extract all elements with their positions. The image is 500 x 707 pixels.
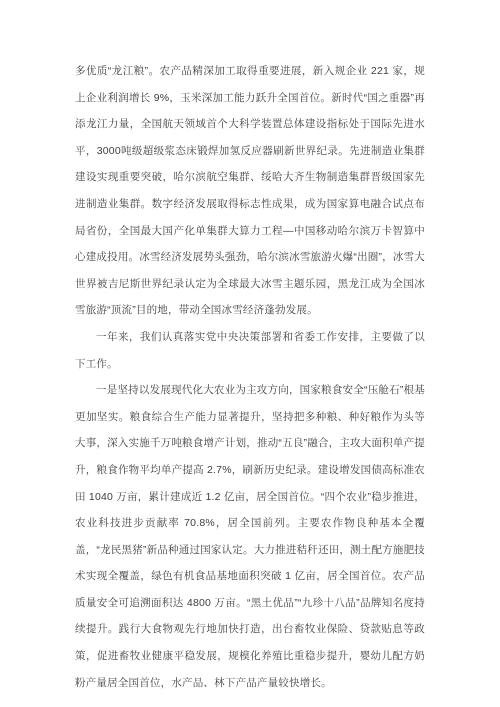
document-page: 多优质“龙江粮”。农产品精深加工取得重要进展，新入规企业 221 家，规上企业利… [0, 0, 500, 707]
paragraph-section-one-agriculture: 一是坚持以发展现代化大农业为主攻方向，国家粮食安全“压舱石”根基更加坚实。粮食综… [75, 377, 425, 696]
paragraph-continued: 多优质“龙江粮”。农产品精深加工取得重要进展，新入规企业 221 家，规上企业利… [75, 58, 425, 324]
paragraph-yearly-summary-intro: 一年来，我们认真落实党中央决策部署和省委工作安排，主要做了以下工作。 [75, 324, 425, 377]
document-body: 多优质“龙江粮”。农产品精深加工取得重要进展，新入规企业 221 家，规上企业利… [75, 58, 425, 696]
